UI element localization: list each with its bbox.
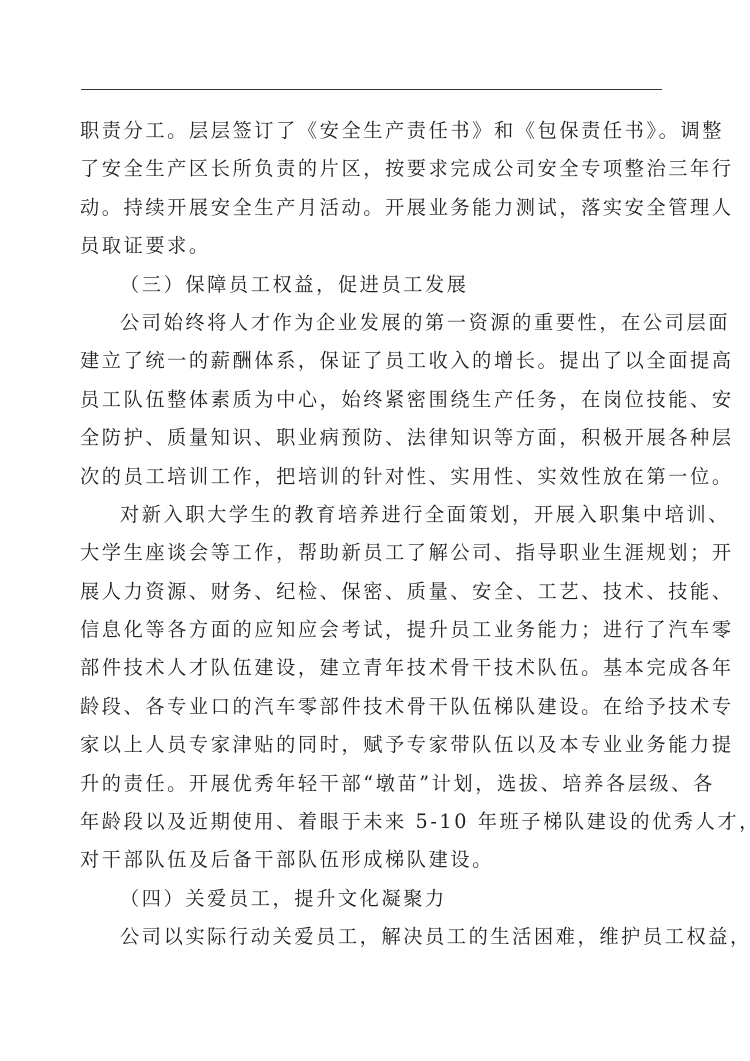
- text-line: 升的责任。开展优秀年轻干部“墩苗”计划，选拔、培养各层级、各: [80, 765, 665, 803]
- text-line: 职责分工。层层签订了《安全生产责任书》和《包保责任书》。调整: [80, 112, 665, 150]
- text-line: 部件技术人才队伍建设，建立青年技术骨干技术队伍。基本完成各年: [80, 649, 665, 687]
- text-line: 大学生座谈会等工作，帮助新员工了解公司、指导职业生涯规划；开: [80, 534, 665, 572]
- text-line: 龄段、各专业口的汽车零部件技术骨干队伍梯队建设。在给予技术专: [80, 688, 665, 726]
- section-heading-4: （四）关爱员工，提升文化凝聚力: [80, 880, 665, 918]
- text-line: 次的员工培训工作，把培训的针对性、实用性、实效性放在第一位。: [80, 458, 665, 496]
- document-body: 职责分工。层层签订了《安全生产责任书》和《包保责任书》。调整 了安全生产区长所负…: [80, 112, 665, 957]
- text-line: 信息化等各方面的应知应会考试，提升员工业务能力；进行了汽车零: [80, 611, 665, 649]
- text-line: 员取证要求。: [80, 227, 665, 265]
- text-line: 家以上人员专家津贴的同时，赋予专家带队伍以及本专业业务能力提: [80, 726, 665, 764]
- paragraph-start: 对新入职大学生的教育培养进行全面策划，开展入职集中培训、: [80, 496, 665, 534]
- section-heading-3: （三）保障员工权益，促进员工发展: [80, 266, 665, 304]
- text-line: 建立了统一的薪酬体系，保证了员工收入的增长。提出了以全面提高: [80, 342, 665, 380]
- text-line: 全防护、质量知识、职业病预防、法律知识等方面，积极开展各种层: [80, 419, 665, 457]
- text-line: 年龄段以及近期使用、着眼于未来 5-10 年班子梯队建设的优秀人才，: [80, 803, 665, 841]
- paragraph-start: 公司以实际行动关爱员工，解决员工的生活困难，维护员工权益，: [80, 918, 665, 956]
- text-line: 展人力资源、财务、纪检、保密、质量、安全、工艺、技术、技能、: [80, 573, 665, 611]
- paragraph-start: 公司始终将人才作为企业发展的第一资源的重要性，在公司层面: [80, 304, 665, 342]
- text-line: 员工队伍整体素质为中心，始终紧密围绕生产任务，在岗位技能、安: [80, 381, 665, 419]
- text-line: 动。持续开展安全生产月活动。开展业务能力测试，落实安全管理人: [80, 189, 665, 227]
- text-line: 了安全生产区长所负责的片区，按要求完成公司安全专项整治三年行: [80, 150, 665, 188]
- header-rule: [81, 89, 662, 90]
- text-line: 对干部队伍及后备干部队伍形成梯队建设。: [80, 841, 665, 879]
